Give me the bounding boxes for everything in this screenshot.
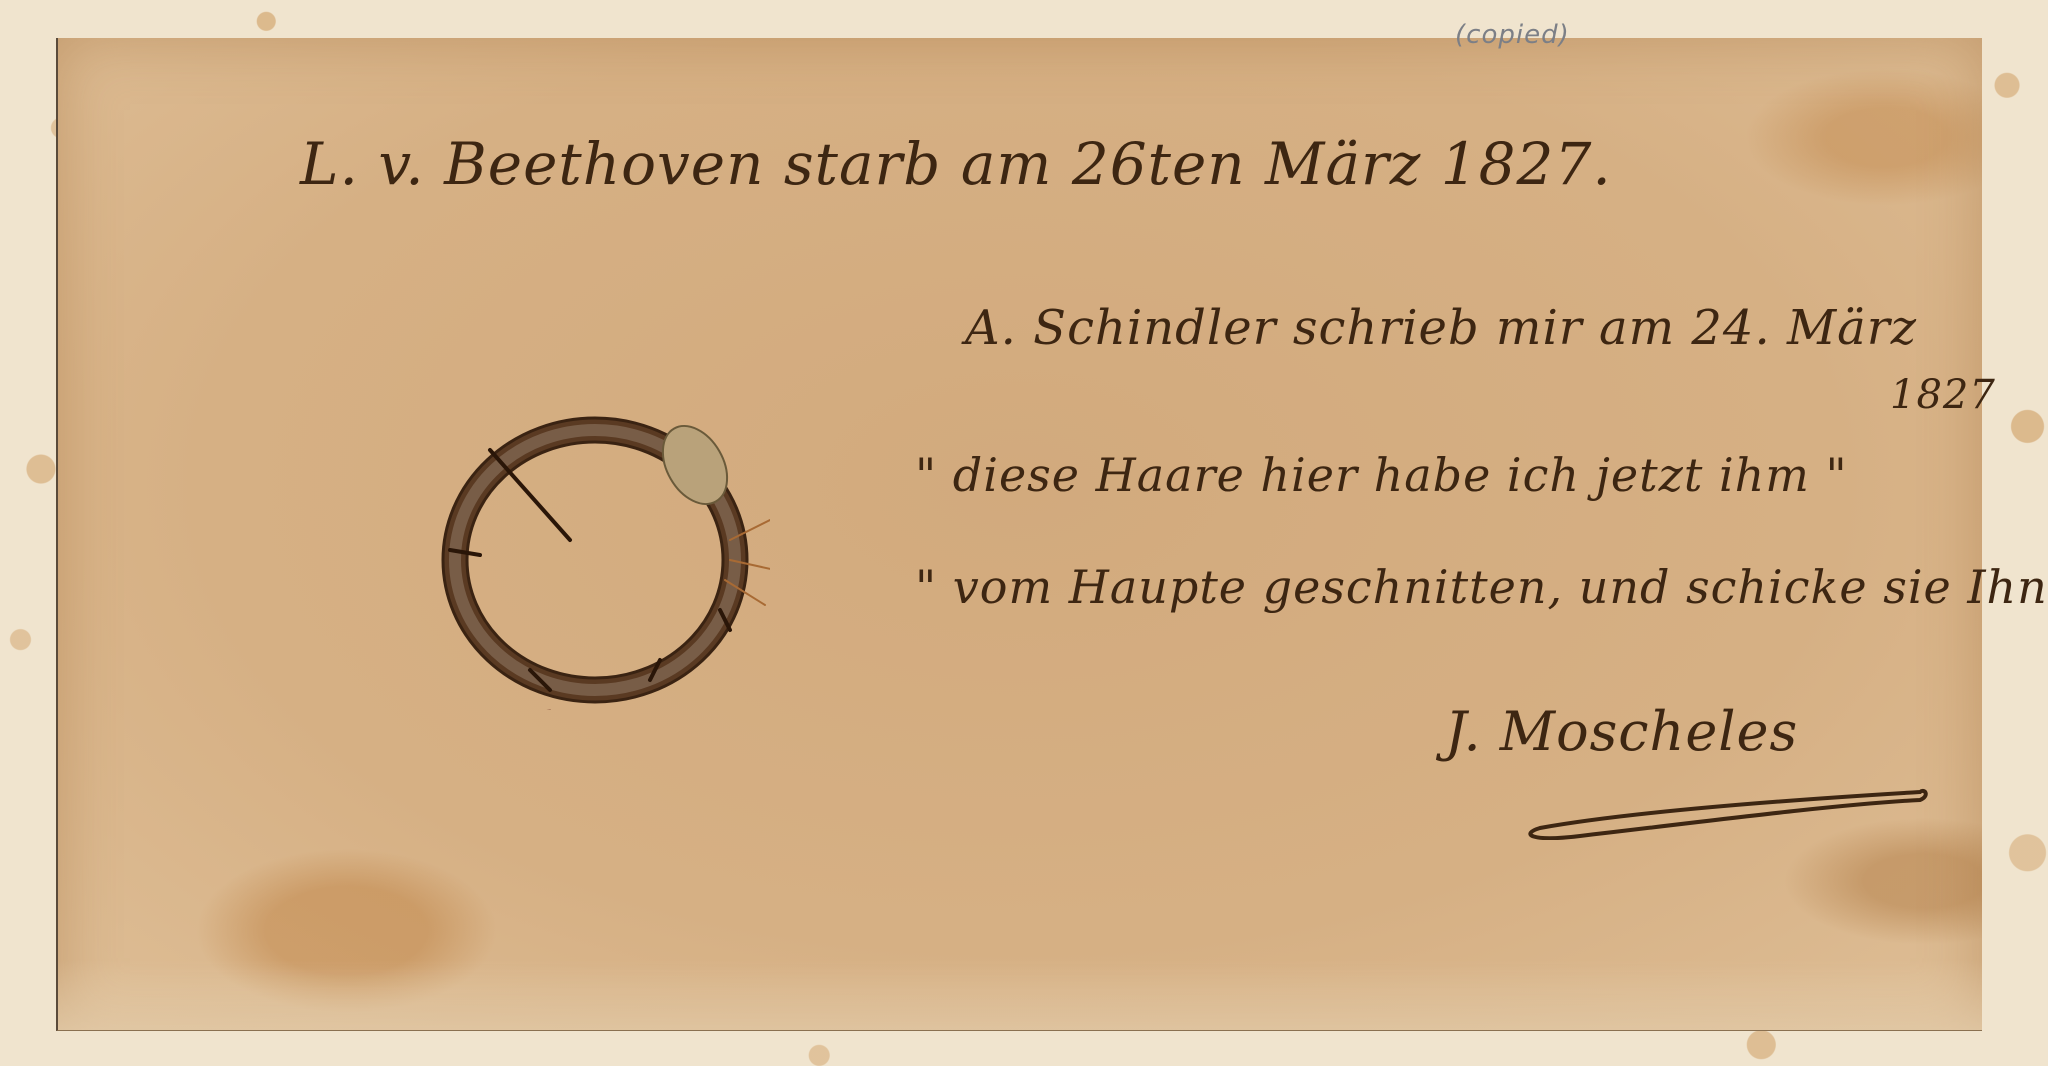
- signature-moscheles: J. Moscheles: [1445, 700, 1798, 763]
- heading-line-beethoven-death: L. v. Beethoven starb am 26ten März 1827…: [300, 130, 1612, 198]
- quote-line-2: " vom Haupte geschnitten, und schicke si…: [915, 560, 2048, 614]
- schindler-year: 1827: [1890, 372, 1996, 418]
- pencil-annotation: (copied): [1455, 20, 1570, 50]
- hair-lock-icon: [430, 390, 770, 710]
- quote-line-1: " diese Haare hier habe ich jetzt ihm ": [915, 448, 1848, 502]
- signature-flourish-icon: [1520, 780, 1930, 840]
- schindler-line: A. Schindler schrieb mir am 24. März: [965, 300, 1917, 356]
